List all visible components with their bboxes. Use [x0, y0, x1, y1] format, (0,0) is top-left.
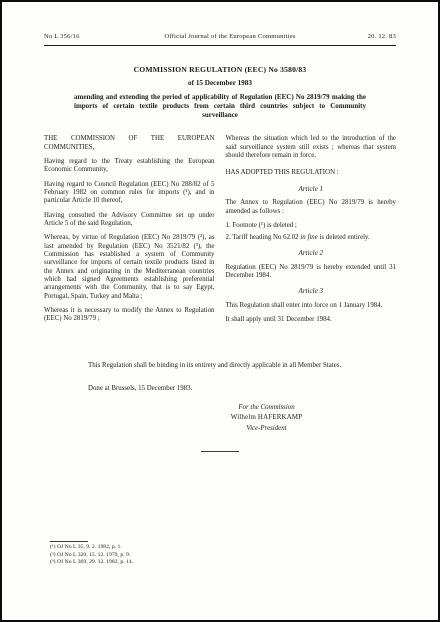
page-header: No L 356/16 Official Journal of the Euro… — [44, 33, 396, 46]
header-date: 20. 12. 83 — [336, 33, 396, 40]
footnotes-block: (¹) OJ No L 35, 9. 2. 1982, p. 1. (²) OJ… — [50, 541, 133, 566]
signature-block: For the Commission Wilhelm HAFERKAMP Vic… — [179, 403, 354, 434]
signature-for-line: For the Commission — [179, 403, 354, 413]
amendment-item-2-text: 2. Tariff heading No 62.02 — [226, 234, 301, 241]
regulation-subject: amending and extending the period of app… — [74, 93, 366, 120]
amendment-item-2-tail: is deleted entirely. — [318, 234, 370, 241]
article-3-body-2: It shall apply until 31 December 1984. — [226, 316, 397, 324]
amendment-item-2: 2. Tariff heading No 62.02 in fine is de… — [226, 234, 397, 242]
regulation-title: COMMISSION REGULATION (EEC) No 3580/83 — [44, 65, 396, 74]
article-2-heading: Article 2 — [226, 249, 397, 258]
signatory-name: Wilhelm HAFERKAMP — [179, 413, 354, 423]
preamble-paragraph: Whereas, by virtue of Regulation (EEC) N… — [44, 234, 215, 301]
preamble-paragraph: Having consulted the Advisory Committee … — [44, 212, 215, 229]
place-date-line: Done at Brussels, 15 December 1983. — [88, 385, 396, 392]
preamble-paragraph: Having regard to the Treaty establishing… — [44, 158, 215, 175]
article-2-body: Regulation (EEC) No 2819/79 is hereby ex… — [226, 264, 397, 281]
regulation-title-block: COMMISSION REGULATION (EEC) No 3580/83 o… — [44, 65, 396, 120]
preamble-paragraph: Whereas the situation which led to the i… — [226, 135, 397, 160]
article-1-intro: The Annex to Regulation (EEC) No 2819/79… — [226, 199, 397, 216]
header-journal-title: Official Journal of the European Communi… — [124, 33, 336, 40]
footnote-1: (¹) OJ No L 35, 9. 2. 1982, p. 1. — [50, 544, 133, 551]
right-column: Whereas the situation which led to the i… — [226, 135, 397, 330]
preamble-paragraph: Whereas it is necessary to modify the An… — [44, 307, 215, 324]
left-column: THE COMMISSION OF THE EUROPEAN COMMUNITI… — [44, 135, 215, 330]
regulation-date-line: of 15 December 1983 — [44, 79, 396, 87]
preamble-paragraph: Having regard to Council Regulation (EEC… — [44, 181, 215, 206]
article-3-heading: Article 3 — [226, 287, 397, 296]
article-3-body: This Regulation shall enter into force o… — [226, 302, 397, 310]
body-columns: THE COMMISSION OF THE EUROPEAN COMMUNITI… — [44, 135, 396, 330]
header-issue-number: No L 356/16 — [44, 33, 124, 40]
adoption-clause: HAS ADOPTED THIS REGULATION : — [226, 169, 397, 177]
amendment-item-1: 1. Footnote (¹) is deleted ; — [226, 222, 397, 230]
binding-clause: This Regulation shall be binding in its … — [88, 362, 352, 370]
amendment-list: 1. Footnote (¹) is deleted ; 2. Tariff h… — [226, 222, 397, 242]
amendment-item-2-latin: in fine — [300, 234, 317, 241]
signatory-role: Vice-President — [179, 424, 354, 434]
footnote-separator-rule — [50, 541, 88, 542]
footnote-3: (³) OJ No L 369, 29. 12. 1982, p. 14. — [50, 559, 133, 566]
preamble-paragraph: THE COMMISSION OF THE EUROPEAN COMMUNITI… — [44, 135, 215, 152]
footnote-2: (²) OJ No L 320, 15. 12. 1979, p. 9. — [50, 552, 133, 559]
document-page: No L 356/16 Official Journal of the Euro… — [0, 0, 440, 622]
article-1-heading: Article 1 — [226, 185, 397, 194]
separator-rule — [201, 451, 239, 452]
